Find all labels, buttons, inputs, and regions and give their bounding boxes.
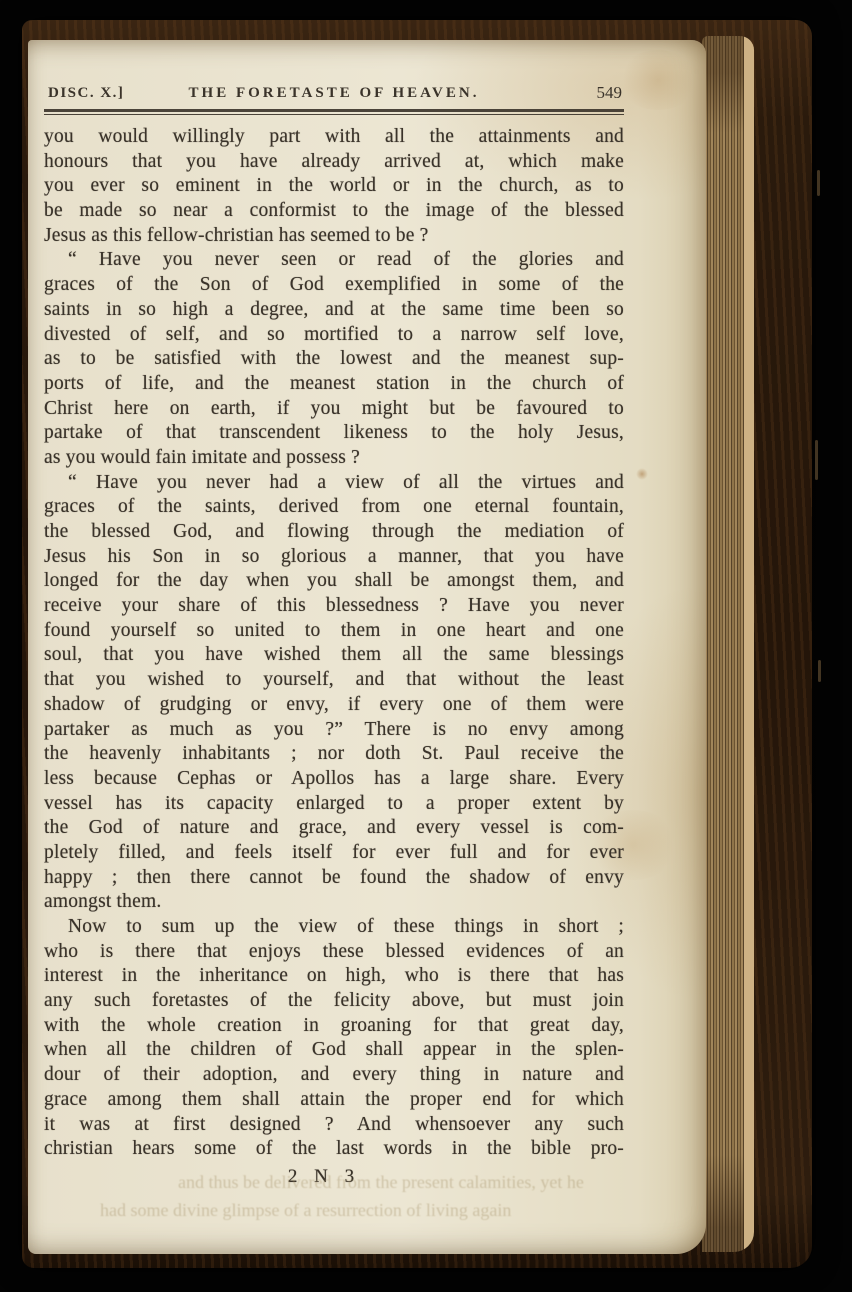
text-line: the God of nature and grace, and every v… bbox=[44, 816, 624, 841]
cover-scratch bbox=[817, 170, 820, 196]
text-line: “ Have you never seen or read of the glo… bbox=[44, 248, 624, 273]
text-line: christian hears some of the last words i… bbox=[44, 1137, 624, 1162]
text-line: amongst them. bbox=[44, 890, 624, 915]
body-text: you would willingly part with all the at… bbox=[44, 125, 624, 1162]
text-line: divested of self, and so mortified to a … bbox=[44, 323, 624, 348]
text-line: the blessed God, and flowing through the… bbox=[44, 520, 624, 545]
text-line: soul, that you have wished them all the … bbox=[44, 643, 624, 668]
text-line: you ever so eminent in the world or in t… bbox=[44, 174, 624, 199]
text-line: partaker as much as you ?” There is no e… bbox=[44, 718, 624, 743]
text-line: Jesus as this fellow-christian has seeme… bbox=[44, 224, 624, 249]
text-line: that you wished to yourself, and that wi… bbox=[44, 668, 624, 693]
text-line: graces of the saints, derived from one e… bbox=[44, 495, 624, 520]
text-line: when all the children of God shall appea… bbox=[44, 1038, 624, 1063]
running-header: DISC. X.] THE FORETASTE OF HEAVEN. 549 bbox=[44, 80, 624, 102]
paper-stain bbox=[618, 50, 698, 110]
text-line: happy ; then there cannot be found the s… bbox=[44, 866, 624, 891]
text-line: partake of that transcendent likeness to… bbox=[44, 421, 624, 446]
page-title: THE FORETASTE OF HEAVEN. bbox=[44, 85, 624, 102]
text-line: with the whole creation in groaning for … bbox=[44, 1014, 624, 1039]
text-line: the heavenly inhabitants ; nor doth St. … bbox=[44, 742, 624, 767]
book-page: DISC. X.] THE FORETASTE OF HEAVEN. 549 y… bbox=[28, 40, 706, 1254]
show-through-line: had some divine glimpse of a resurrectio… bbox=[100, 1200, 706, 1221]
signature-mark: 2 N 3 bbox=[44, 1166, 604, 1188]
page-number: 549 bbox=[597, 83, 623, 103]
text-line: pletely filled, and feels itself for eve… bbox=[44, 841, 624, 866]
header-double-rule bbox=[44, 109, 624, 117]
text-line: dour of their adoption, and every thing … bbox=[44, 1063, 624, 1088]
text-line: “ Have you never had a view of all the v… bbox=[44, 471, 624, 496]
cover-scratch bbox=[818, 660, 821, 682]
text-line: you would willingly part with all the at… bbox=[44, 125, 624, 150]
text-line: be made so near a conformist to the imag… bbox=[44, 199, 624, 224]
paper-stain bbox=[636, 468, 648, 480]
page-edges-fore-edge bbox=[702, 36, 754, 1252]
text-line: Now to sum up the view of these things i… bbox=[44, 915, 624, 940]
text-line: receive your share of this blessedness ?… bbox=[44, 594, 624, 619]
text-line: graces of the Son of God exemplified in … bbox=[44, 273, 624, 298]
text-line: who is there that enjoys these blessed e… bbox=[44, 940, 624, 965]
text-line: it was at first designed ? And whensoeve… bbox=[44, 1113, 624, 1138]
text-line: ports of life, and the meanest station i… bbox=[44, 372, 624, 397]
text-line: longed for the day when you shall be amo… bbox=[44, 569, 624, 594]
text-line: Jesus his Son in so glorious a manner, t… bbox=[44, 545, 624, 570]
text-line: found yourself so united to them in one … bbox=[44, 619, 624, 644]
text-line: shadow of grudging or envy, if every one… bbox=[44, 693, 624, 718]
text-line: as you would fain imitate and possess ? bbox=[44, 446, 624, 471]
scan-background: DISC. X.] THE FORETASTE OF HEAVEN. 549 y… bbox=[0, 0, 852, 1292]
text-line: less because Cephas or Apollos has a lar… bbox=[44, 767, 624, 792]
text-line: as to be satisfied with the lowest and t… bbox=[44, 347, 624, 372]
text-line: interest in the inheritance on high, who… bbox=[44, 964, 624, 989]
cover-scratch bbox=[815, 440, 818, 480]
text-line: saints in so high a degree, and at the s… bbox=[44, 298, 624, 323]
text-line: any such foretastes of the felicity abov… bbox=[44, 989, 624, 1014]
text-line: grace among them shall attain the proper… bbox=[44, 1088, 624, 1113]
text-line: honours that you have already arrived at… bbox=[44, 150, 624, 175]
text-line: vessel has its capacity enlarged to a pr… bbox=[44, 792, 624, 817]
text-line: Christ here on earth, if you might but b… bbox=[44, 397, 624, 422]
